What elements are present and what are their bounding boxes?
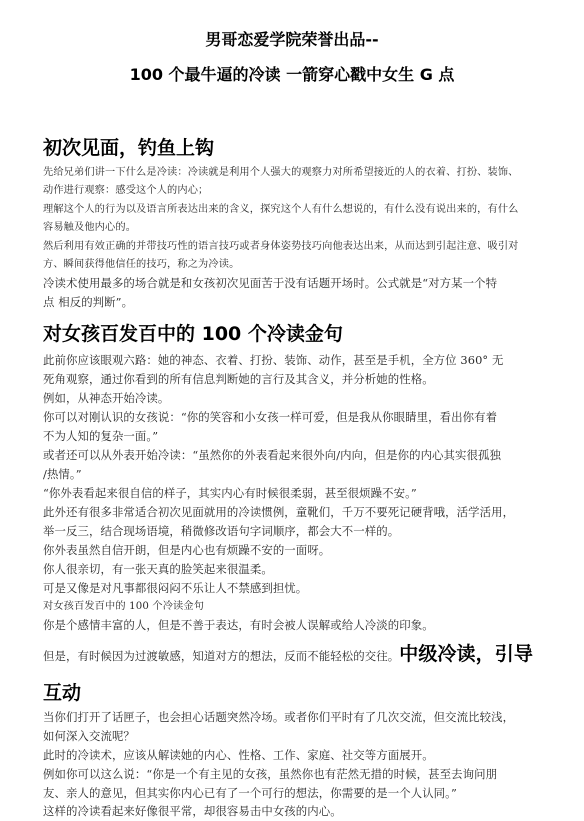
paragraph-line: 此前你应该眼观六路：她的神态、衣着、打扮、装饰、动作，甚至是手机，全方位 360…: [43, 353, 503, 367]
paragraph-line-with-heading: 但是，有时候因为过渡敏感，知道对方的想法，反而不能轻松的交往。中级冷读，引导: [43, 647, 533, 663]
paragraph-line: 对女孩百发百中的 100 个冷读金句: [43, 600, 204, 614]
paragraph-line: 可是又像是对凡事都很闷闷不乐让人不禁感到担忧。: [43, 581, 307, 595]
paragraph-line: 容易触及他内心的。: [43, 221, 136, 235]
paragraph-line: 动作进行观察：感受这个人的内心；: [43, 184, 208, 198]
section-heading-intermediate-part1: 中级冷读，引导: [399, 643, 533, 665]
paragraph-line: 不为人知的复杂一面。”: [43, 429, 158, 443]
paragraph-line: 当你们打开了话匣子，也会担心话题突然冷场。或者你们平时有了几次交流，但交流比较浅…: [43, 710, 514, 724]
paragraph-line: 你外表虽然自信开朗，但是内心也有烦躁不安的一面呀。: [43, 543, 330, 557]
section-heading-intermediate-part2: 互动: [43, 678, 81, 705]
paragraph-line: 冷读术使用最多的场合就是和女孩初次见面苦于没有话题开场时。公式就是“对方某一个特: [43, 276, 497, 290]
paragraph-line: 例如，从神态开始冷读。: [43, 391, 169, 405]
paragraph-text: 但是，有时候因为过渡敏感，知道对方的想法，反而不能轻松的交往。: [43, 649, 399, 663]
paragraph-line: 此外还有很多非常适合初次见面就用的冷读惯例，童靴们，千万不要死记硬背哦，活学活用…: [43, 505, 514, 519]
document-title-line2: 100 个最牛逼的冷读 一箭穿心戳中女生 G 点: [0, 62, 584, 85]
paragraph-line: 如何深入交流呢？: [43, 729, 135, 743]
paragraph-line: 友、亲人的意见，但其实你内心已有了一个可行的想法，你需要的是一个人认同。”: [43, 786, 457, 800]
section-heading-first-meeting: 初次见面，钓鱼上钩: [43, 133, 214, 160]
paragraph-line: 举一反三，结合现场语境，稍微修改语句字词顺序，都会大不一样的。: [43, 524, 399, 538]
paragraph-line: 此时的冷读术，应该从解读她的内心、性格、工作、家庭、社交等方面展开。: [43, 748, 434, 762]
document-title-line1: 男哥恋爱学院荣誉出品--: [0, 27, 584, 50]
paragraph-line: 例如你可以这么说：“你是一个有主见的女孩，虽然你也有茫然无措的时候，甚至去询问朋: [43, 767, 497, 781]
paragraph-line: /热情。”: [43, 467, 82, 481]
paragraph-line: 方、瞬间获得他信任的技巧，称之为冷读。: [43, 258, 239, 272]
paragraph-line: “你外表看起来很自信的样子，其实内心有时候很柔弱，甚至很烦躁不安。”: [43, 486, 417, 500]
paragraph-line: 死角观察，通过你看到的所有信息判断她的言行及其含义，并分析她的性格。: [43, 372, 434, 386]
paragraph-line: 这样的冷读看起来好像很平常，却很容易击中女孩的内心。: [43, 804, 342, 818]
paragraph-line: 然后利用有效正确的并带技巧性的语言技巧或者身体姿势技巧向他表达出来，从而达到引起…: [43, 240, 519, 254]
paragraph-line: 或者还可以从外表开始冷读：“虽然你的外表看起来很外向/内向，但是你的内心其实很孤…: [43, 448, 501, 462]
paragraph-line: 你人很亲切，有一张天真的脸笑起来很温柔。: [43, 562, 273, 576]
paragraph-line: 你是个感情丰富的人，但是不善于表达，有时会被人误解或给人冷淡的印象。: [43, 618, 434, 632]
paragraph-line: 先给兄弟们讲一下什么是冷读：冷读就是利用个人强大的观察力对所希望接近的人的衣着、…: [43, 166, 519, 180]
paragraph-line: 点 相反的判断”。: [43, 295, 133, 309]
section-heading-100-lines: 对女孩百发百中的 100 个冷读金句: [43, 319, 343, 346]
paragraph-line: 你可以对刚认识的女孩说：“你的笑容和小女孩一样可爱，但是我从你眼睛里，看出你有着: [43, 410, 497, 424]
paragraph-line: 理解这个人的行为以及语言所表达出来的含义，探究这个人有什么想说的，有什么没有说出…: [43, 203, 519, 217]
